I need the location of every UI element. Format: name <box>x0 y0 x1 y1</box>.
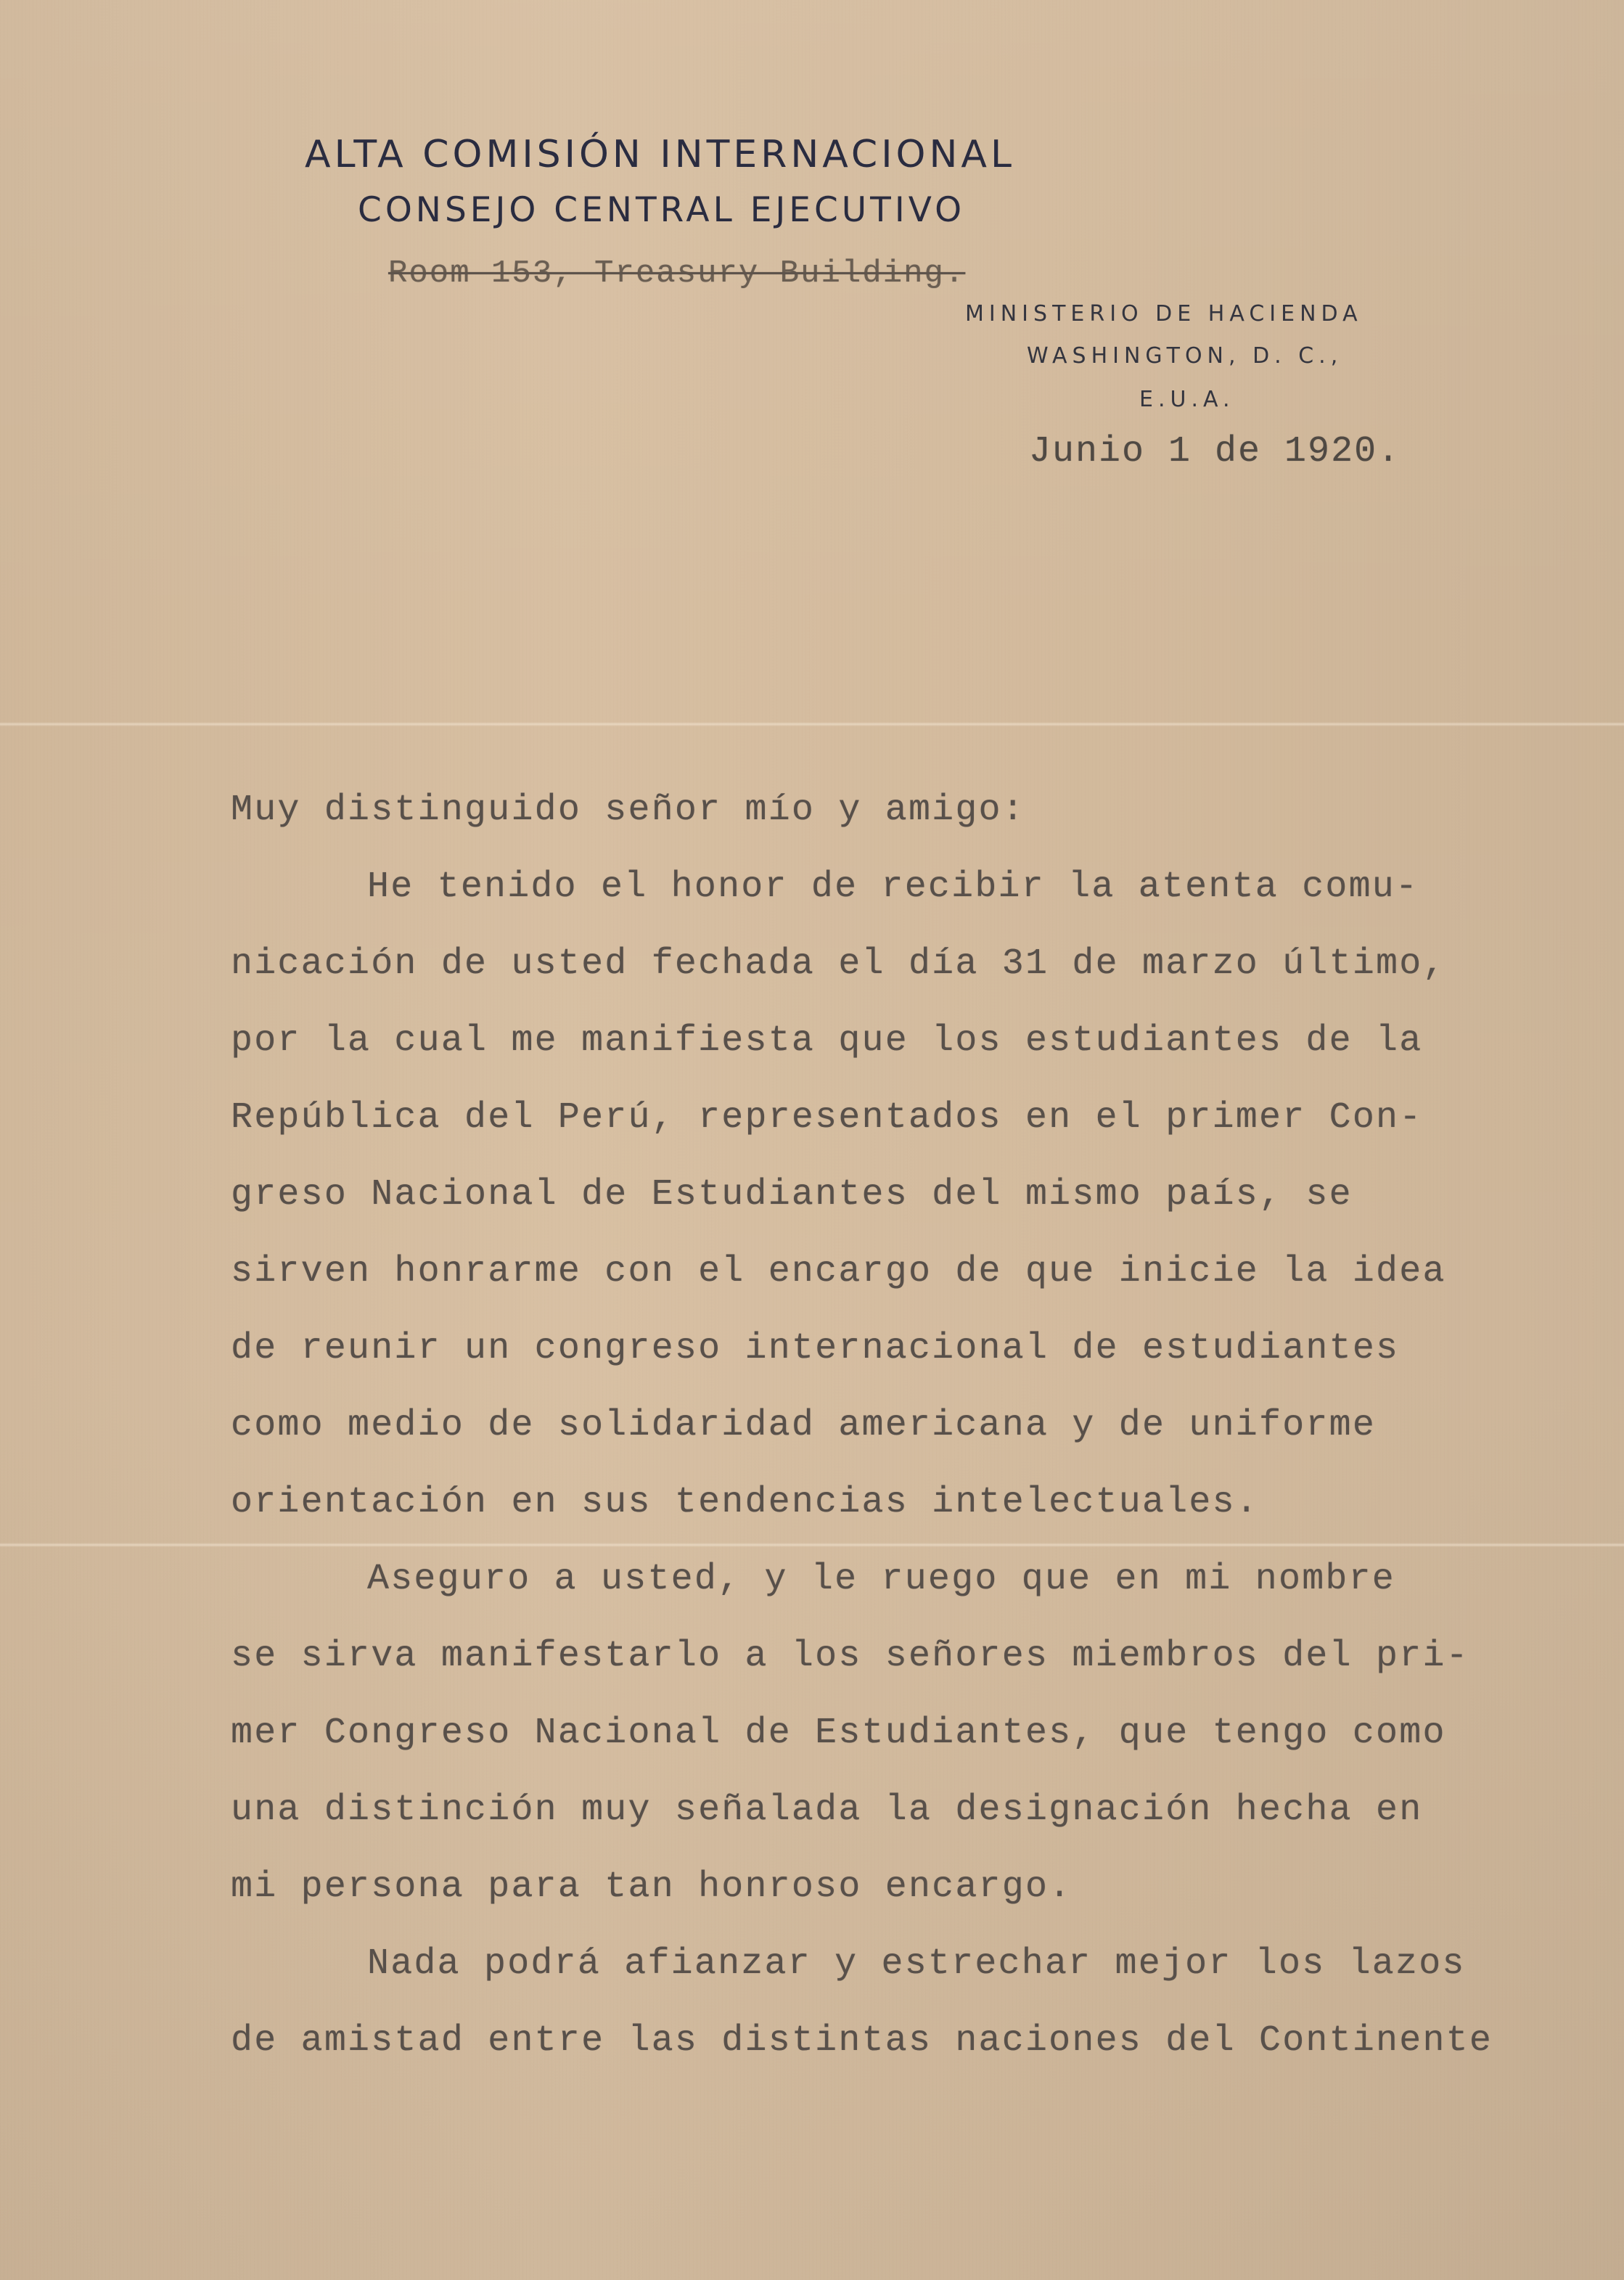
address-line-country: E.U.A. <box>1139 387 1235 412</box>
letter-date: Junio 1 de 1920. <box>1029 431 1401 472</box>
letterhead-title: ALTA COMISIÓN INTERNACIONAL <box>305 133 1015 176</box>
struck-through-address: Room 153, Treasury Building. <box>388 255 965 292</box>
body-line: de amistad entre las distintas naciones … <box>231 2020 1493 2062</box>
body-line: por la cual me manifiesta que los estudi… <box>231 1020 1422 1062</box>
paper-fold-crease <box>0 722 1624 726</box>
letterhead-subtitle: CONSEJO CENTRAL EJECUTIVO <box>358 190 965 230</box>
body-line: greso Nacional de Estudiantes del mismo … <box>231 1174 1353 1215</box>
body-line: sirven honrarme con el encargo de que in… <box>231 1251 1446 1292</box>
paper-fold-crease <box>0 1543 1624 1547</box>
body-line: se sirva manifestarlo a los señores miem… <box>231 1636 1469 1677</box>
address-line-ministry: MINISTERIO DE HACIENDA <box>965 301 1363 327</box>
body-line: mer Congreso Nacional de Estudiantes, qu… <box>231 1713 1446 1754</box>
body-line: mi persona para tan honroso encargo. <box>231 1866 1072 1908</box>
body-line: una distinción muy señalada la designaci… <box>231 1789 1422 1831</box>
salutation: Muy distinguido señor mío y amigo: <box>231 790 1025 831</box>
body-line: He tenido el honor de recibir la atenta … <box>367 866 1419 908</box>
body-line: Nada podrá afianzar y estrechar mejor lo… <box>367 1943 1466 1985</box>
body-line: República del Perú, representados en el … <box>231 1097 1422 1139</box>
body-line: orientación en sus tendencias intelectua… <box>231 1482 1259 1523</box>
address-line-city: WASHINGTON, D. C., <box>1027 343 1342 369</box>
body-line: nicación de usted fechada el día 31 de m… <box>231 943 1446 985</box>
body-line: Aseguro a usted, y le ruego que en mi no… <box>367 1559 1395 1600</box>
body-line: como medio de solidaridad americana y de… <box>231 1405 1376 1446</box>
body-line: de reunir un congreso internacional de e… <box>231 1328 1399 1369</box>
